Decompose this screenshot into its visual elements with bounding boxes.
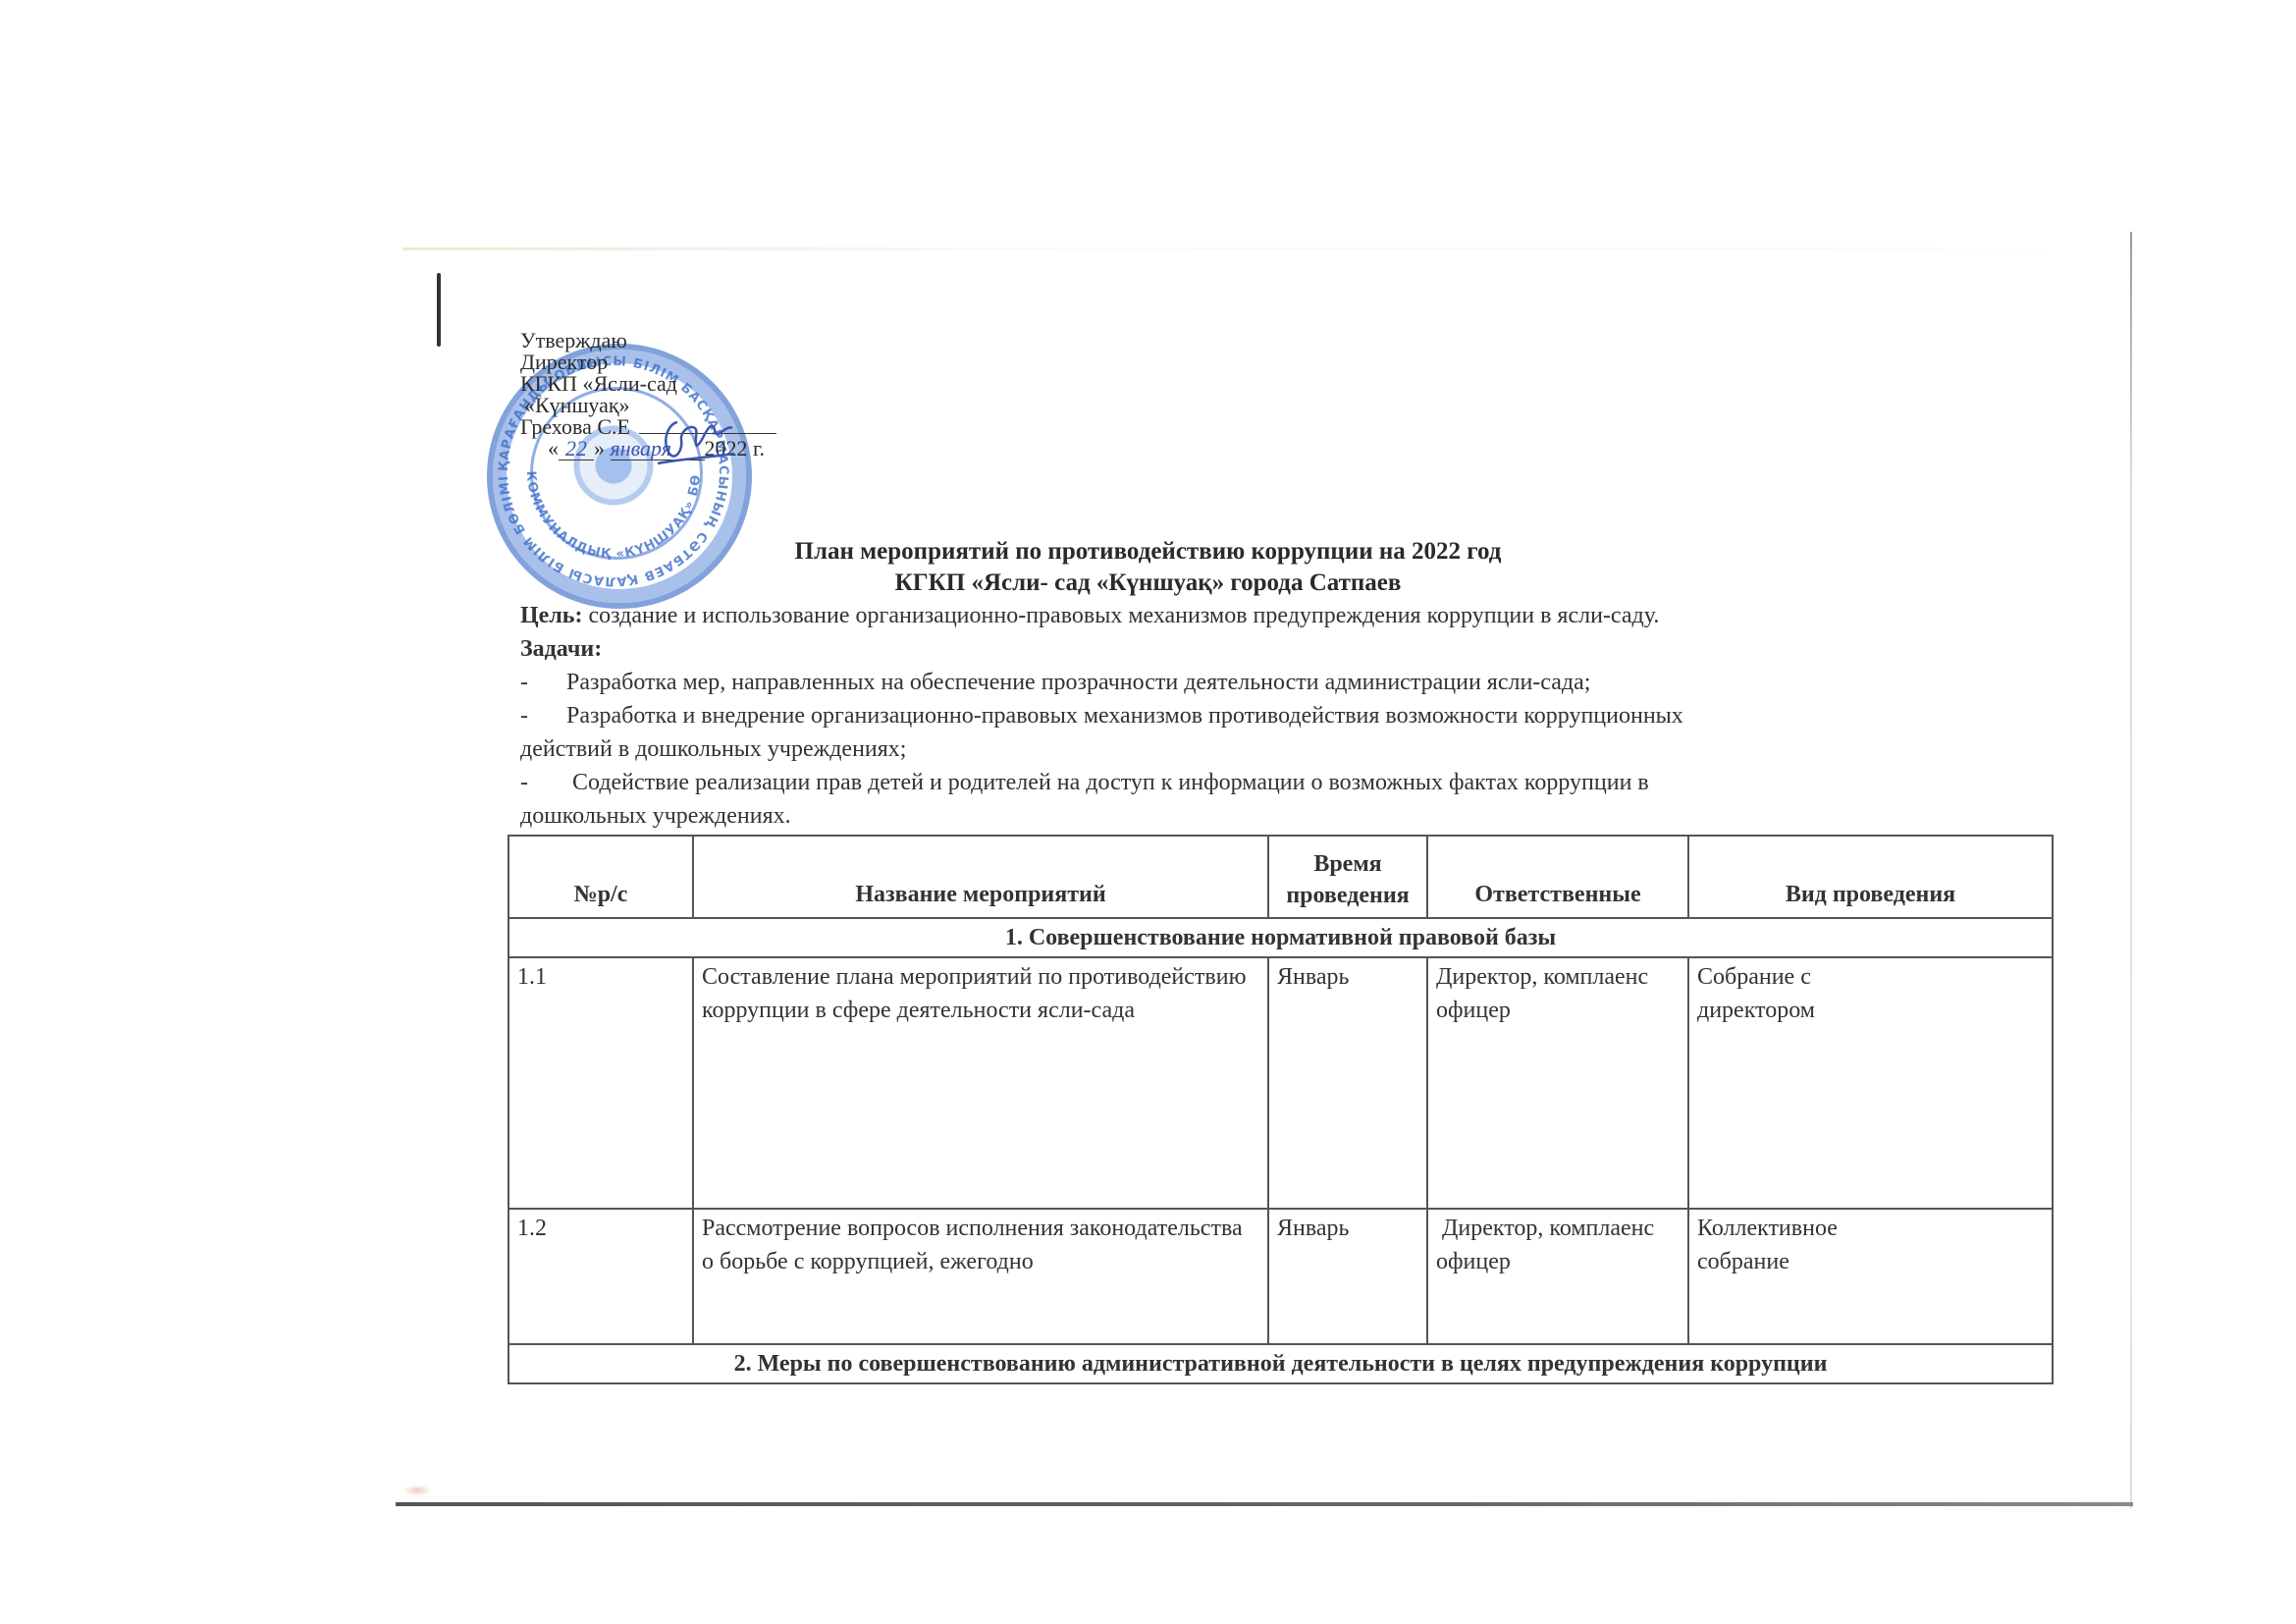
cell-time: Январь (1268, 1209, 1427, 1344)
tasks-heading: Задачи: (520, 636, 602, 663)
document-title: План мероприятий по противодействию корр… (0, 538, 2296, 566)
document-subtitle: КГКП «Ясли- сад «Күншуақ» города Сатпаев (0, 569, 2296, 597)
date-day: 22 (559, 438, 594, 460)
task-item-2-cont: действий в дошкольных учреждениях; (520, 736, 906, 763)
goal-text: создание и использование организационно-… (582, 603, 1659, 628)
header-type: Вид проведения (1688, 836, 2053, 918)
header-event-name: Название мероприятий (693, 836, 1268, 918)
table-row: 1.1 Составление плана мероприятий по про… (508, 957, 2053, 1209)
scan-smudge (402, 1485, 432, 1496)
section-row-1: 1. Совершенствование нормативной правово… (508, 918, 2053, 957)
header-number: №р/с (508, 836, 693, 918)
margin-mark (437, 273, 441, 347)
plan-table: №р/с Название мероприятий Время проведен… (507, 835, 2054, 1384)
scan-edge-top (402, 247, 2071, 250)
header-responsible: Ответственные (1427, 836, 1688, 918)
cell-event-name: Составление плана мероприятий по противо… (693, 957, 1268, 1209)
cell-number: 1.1 (508, 957, 693, 1209)
cell-number: 1.2 (508, 1209, 693, 1344)
section-title: 1. Совершенствование нормативной правово… (508, 918, 2053, 957)
scan-edge-right (2130, 232, 2132, 1508)
cell-responsible: Директор, комплаенс офицер (1427, 1209, 1688, 1344)
cell-responsible: Директор, комплаенс офицер (1427, 957, 1688, 1209)
task-item-1: -Разработка мер, направленных на обеспеч… (520, 670, 1590, 696)
section-title: 2. Меры по совершенствованию администрат… (508, 1344, 2053, 1383)
handwritten-signature (648, 412, 736, 471)
section-row-2: 2. Меры по совершенствованию администрат… (508, 1344, 2053, 1383)
approval-org: КГКП «Ясли-сад (520, 373, 776, 395)
header-time: Время проведения (1268, 836, 1427, 918)
cell-event-name: Рассмотрение вопросов исполнения законод… (693, 1209, 1268, 1344)
approval-approve: Утверждаю (520, 330, 776, 352)
task-item-3: - Содействие реализации прав детей и род… (520, 770, 1649, 796)
cell-type: Собрание с директором (1688, 957, 2053, 1209)
task-item-2: -Разработка и внедрение организационно-п… (520, 703, 1683, 730)
goal-label: Цель: (520, 603, 582, 628)
cell-type: Коллективное собрание (1688, 1209, 2053, 1344)
cell-time: Январь (1268, 957, 1427, 1209)
goal-paragraph: Цель: создание и использование организац… (520, 603, 1659, 629)
approval-position: Директор (520, 352, 776, 373)
table-header-row: №р/с Название мероприятий Время проведен… (508, 836, 2053, 918)
table-row: 1.2 Рассмотрение вопросов исполнения зак… (508, 1209, 2053, 1344)
task-item-3-cont: дошкольных учреждениях. (520, 803, 791, 830)
scan-edge-bottom (396, 1502, 2133, 1506)
